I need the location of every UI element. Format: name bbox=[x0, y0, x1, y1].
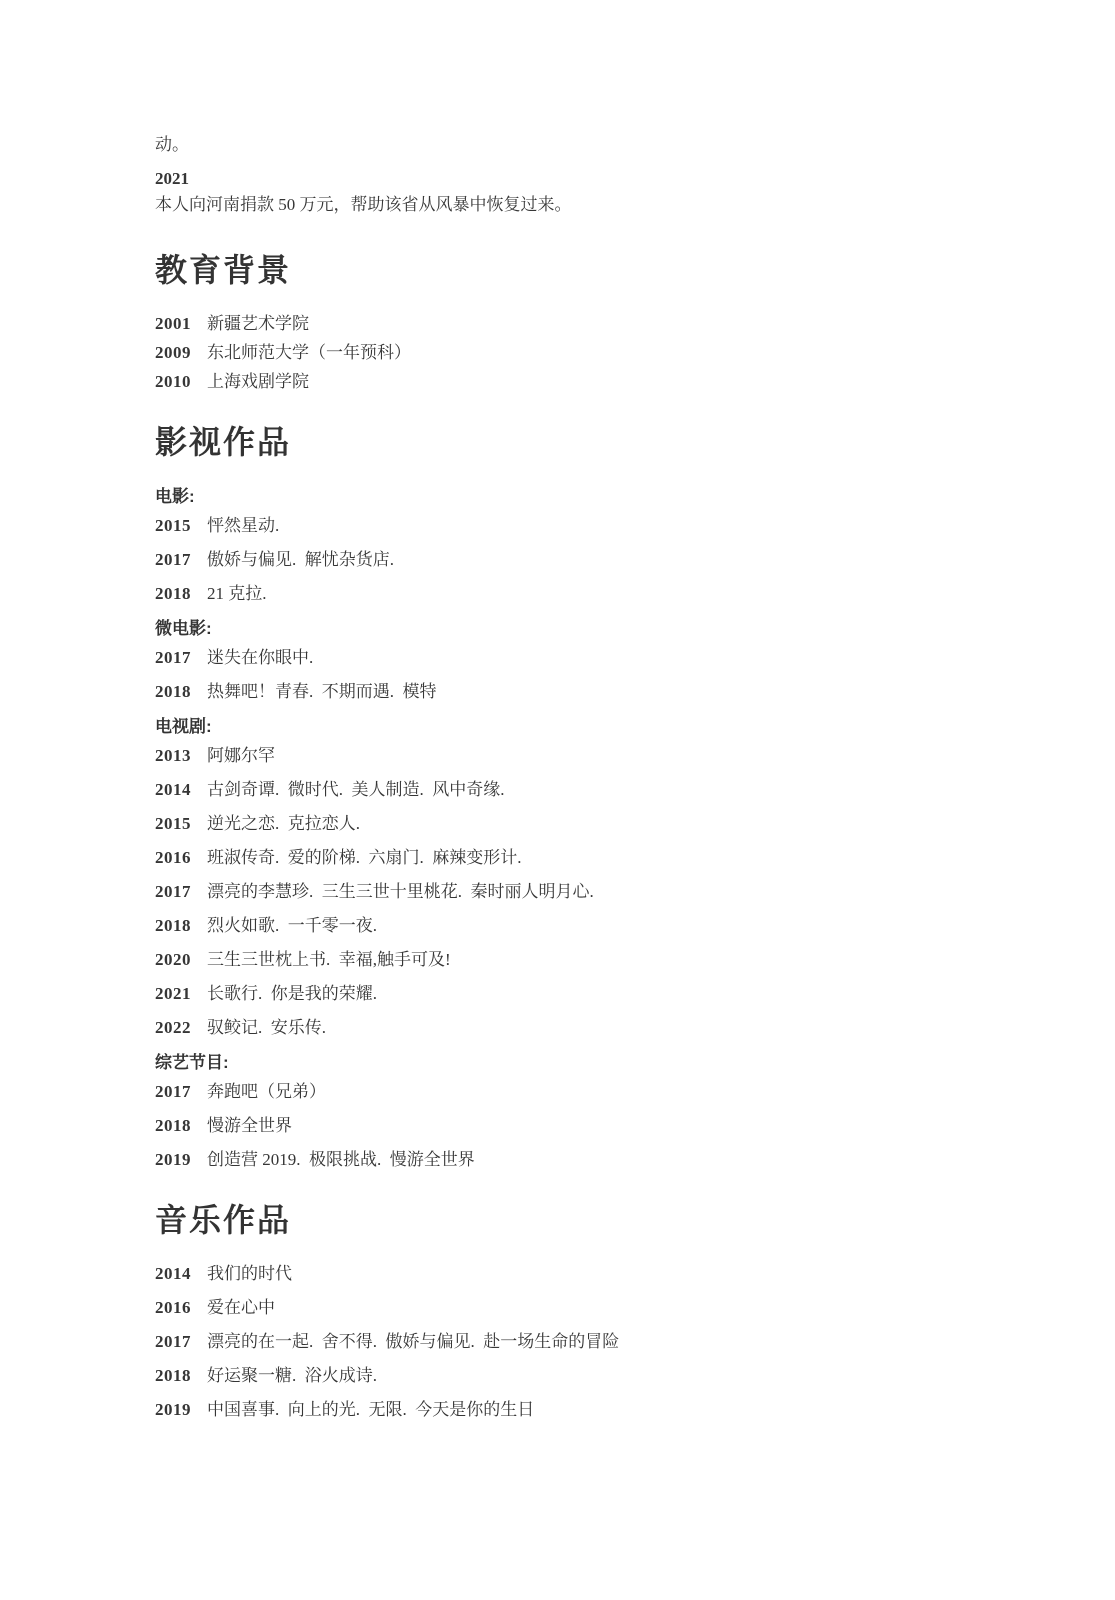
timeline-row: 2018好运聚一糖. 浴火成诗. bbox=[155, 1366, 1005, 1386]
work-titles: 中国喜事. 向上的光. 无限. 今天是你的生日 bbox=[207, 1400, 1005, 1420]
work-group: 2014我们的时代2016爱在心中2017漂亮的在一起. 舍不得. 傲娇与偏见.… bbox=[155, 1264, 1005, 1420]
year-label: 2001 bbox=[155, 314, 207, 334]
timeline-row: 2019创造营 2019. 极限挑战. 慢游全世界 bbox=[155, 1150, 1005, 1170]
section-title: 影视作品 bbox=[155, 420, 1005, 464]
year-label: 2014 bbox=[155, 1264, 207, 1284]
year-label: 2018 bbox=[155, 584, 207, 604]
timeline-row: 2019中国喜事. 向上的光. 无限. 今天是你的生日 bbox=[155, 1400, 1005, 1420]
timeline-row: 2001新疆艺术学院 bbox=[155, 314, 1005, 334]
work-titles: 上海戏剧学院 bbox=[207, 372, 1005, 392]
year-label: 2020 bbox=[155, 950, 207, 970]
work-titles: 新疆艺术学院 bbox=[207, 314, 1005, 334]
work-group: 综艺节目:2017奔跑吧（兄弟）2018慢游全世界2019创造营 2019. 极… bbox=[155, 1052, 1005, 1170]
timeline-row: 2009东北师范大学（一年预科） bbox=[155, 343, 1005, 363]
year-label: 2021 bbox=[155, 984, 207, 1004]
timeline-row: 2016爱在心中 bbox=[155, 1298, 1005, 1318]
work-titles: 奔跑吧（兄弟） bbox=[207, 1082, 1005, 1102]
category-label: 微电影: bbox=[155, 618, 1005, 640]
section: 教育背景2001新疆艺术学院2009东北师范大学（一年预科）2010上海戏剧学院 bbox=[155, 248, 1005, 392]
work-titles: 东北师范大学（一年预科） bbox=[207, 343, 1005, 363]
year-label: 2017 bbox=[155, 1332, 207, 1352]
sections: 教育背景2001新疆艺术学院2009东北师范大学（一年预科）2010上海戏剧学院… bbox=[155, 248, 1005, 1420]
year-label: 2022 bbox=[155, 1018, 207, 1038]
work-titles: 我们的时代 bbox=[207, 1264, 1005, 1284]
timeline-row: 2017奔跑吧（兄弟） bbox=[155, 1082, 1005, 1102]
year-label: 2019 bbox=[155, 1400, 207, 1420]
timeline-row: 2017漂亮的在一起. 舍不得. 傲娇与偏见. 赴一场生命的冒险 bbox=[155, 1332, 1005, 1352]
category-label: 电视剧: bbox=[155, 716, 1005, 738]
year-label: 2018 bbox=[155, 1116, 207, 1136]
work-titles: 漂亮的李慧珍. 三生三世十里桃花. 秦时丽人明月心. bbox=[207, 882, 1005, 902]
intro-paragraph: 动。 2021 本人向河南捐款 50 万元，帮助该省从风暴中恢复过来。 bbox=[155, 132, 1005, 218]
year-label: 2016 bbox=[155, 848, 207, 868]
intro-continuation-text: 动。 bbox=[155, 132, 1005, 158]
work-group: 微电影:2017迷失在你眼中.2018热舞吧！青春. 不期而遇. 模特 bbox=[155, 618, 1005, 702]
year-label: 2016 bbox=[155, 1298, 207, 1318]
year-label: 2015 bbox=[155, 814, 207, 834]
timeline-row: 2015怦然星动. bbox=[155, 516, 1005, 536]
work-titles: 怦然星动. bbox=[207, 516, 1005, 536]
category-label: 电影: bbox=[155, 486, 1005, 508]
timeline-row: 2014我们的时代 bbox=[155, 1264, 1005, 1284]
work-titles: 阿娜尔罕 bbox=[207, 746, 1005, 766]
work-titles: 爱在心中 bbox=[207, 1298, 1005, 1318]
year-label: 2017 bbox=[155, 648, 207, 668]
work-titles: 古剑奇谭. 微时代. 美人制造. 风中奇缘. bbox=[207, 780, 1005, 800]
timeline-row: 2013阿娜尔罕 bbox=[155, 746, 1005, 766]
timeline-row: 2017迷失在你眼中. bbox=[155, 648, 1005, 668]
work-titles: 好运聚一糖. 浴火成诗. bbox=[207, 1366, 1005, 1386]
section-title: 教育背景 bbox=[155, 248, 1005, 292]
timeline-row: 2018烈火如歌. 一千零一夜. bbox=[155, 916, 1005, 936]
work-group: 2001新疆艺术学院2009东北师范大学（一年预科）2010上海戏剧学院 bbox=[155, 314, 1005, 392]
year-label: 2017 bbox=[155, 882, 207, 902]
timeline-row: 2018慢游全世界 bbox=[155, 1116, 1005, 1136]
year-label: 2018 bbox=[155, 916, 207, 936]
intro-body-text: 本人向河南捐款 50 万元，帮助该省从风暴中恢复过来。 bbox=[155, 192, 1005, 218]
year-label: 2018 bbox=[155, 682, 207, 702]
work-titles: 三生三世枕上书. 幸福,触手可及! bbox=[207, 950, 1005, 970]
timeline-row: 2010上海戏剧学院 bbox=[155, 372, 1005, 392]
year-label: 2013 bbox=[155, 746, 207, 766]
year-label: 2018 bbox=[155, 1366, 207, 1386]
timeline-row: 2017傲娇与偏见. 解忧杂货店. bbox=[155, 550, 1005, 570]
intro-year-label: 2021 bbox=[155, 166, 1005, 192]
work-titles: 长歌行. 你是我的荣耀. bbox=[207, 984, 1005, 1004]
timeline-row: 2016班淑传奇. 爱的阶梯. 六扇门. 麻辣变形计. bbox=[155, 848, 1005, 868]
year-label: 2017 bbox=[155, 550, 207, 570]
work-group: 电视剧:2013阿娜尔罕2014古剑奇谭. 微时代. 美人制造. 风中奇缘.20… bbox=[155, 716, 1005, 1038]
year-label: 2010 bbox=[155, 372, 207, 392]
timeline-row: 2015逆光之恋. 克拉恋人. bbox=[155, 814, 1005, 834]
work-titles: 慢游全世界 bbox=[207, 1116, 1005, 1136]
work-titles: 21 克拉. bbox=[207, 584, 1005, 604]
year-label: 2014 bbox=[155, 780, 207, 800]
timeline-row: 2020三生三世枕上书. 幸福,触手可及! bbox=[155, 950, 1005, 970]
work-titles: 烈火如歌. 一千零一夜. bbox=[207, 916, 1005, 936]
work-titles: 漂亮的在一起. 舍不得. 傲娇与偏见. 赴一场生命的冒险 bbox=[207, 1332, 1005, 1352]
timeline-row: 2017漂亮的李慧珍. 三生三世十里桃花. 秦时丽人明月心. bbox=[155, 882, 1005, 902]
timeline-row: 2018热舞吧！青春. 不期而遇. 模特 bbox=[155, 682, 1005, 702]
timeline-row: 2021长歌行. 你是我的荣耀. bbox=[155, 984, 1005, 1004]
work-group: 电影:2015怦然星动.2017傲娇与偏见. 解忧杂货店.201821 克拉. bbox=[155, 486, 1005, 604]
year-label: 2015 bbox=[155, 516, 207, 536]
section: 音乐作品2014我们的时代2016爱在心中2017漂亮的在一起. 舍不得. 傲娇… bbox=[155, 1198, 1005, 1420]
section: 影视作品电影:2015怦然星动.2017傲娇与偏见. 解忧杂货店.201821 … bbox=[155, 420, 1005, 1170]
work-titles: 驭鲛记. 安乐传. bbox=[207, 1018, 1005, 1038]
year-label: 2019 bbox=[155, 1150, 207, 1170]
year-label: 2017 bbox=[155, 1082, 207, 1102]
timeline-row: 2022驭鲛记. 安乐传. bbox=[155, 1018, 1005, 1038]
document-page: 动。 2021 本人向河南捐款 50 万元，帮助该省从风暴中恢复过来。 教育背景… bbox=[0, 0, 1115, 1600]
category-label: 综艺节目: bbox=[155, 1052, 1005, 1074]
work-titles: 创造营 2019. 极限挑战. 慢游全世界 bbox=[207, 1150, 1005, 1170]
work-titles: 逆光之恋. 克拉恋人. bbox=[207, 814, 1005, 834]
work-titles: 傲娇与偏见. 解忧杂货店. bbox=[207, 550, 1005, 570]
work-titles: 热舞吧！青春. 不期而遇. 模特 bbox=[207, 682, 1005, 702]
work-titles: 班淑传奇. 爱的阶梯. 六扇门. 麻辣变形计. bbox=[207, 848, 1005, 868]
work-titles: 迷失在你眼中. bbox=[207, 648, 1005, 668]
timeline-row: 2014古剑奇谭. 微时代. 美人制造. 风中奇缘. bbox=[155, 780, 1005, 800]
timeline-row: 201821 克拉. bbox=[155, 584, 1005, 604]
section-title: 音乐作品 bbox=[155, 1198, 1005, 1242]
year-label: 2009 bbox=[155, 343, 207, 363]
